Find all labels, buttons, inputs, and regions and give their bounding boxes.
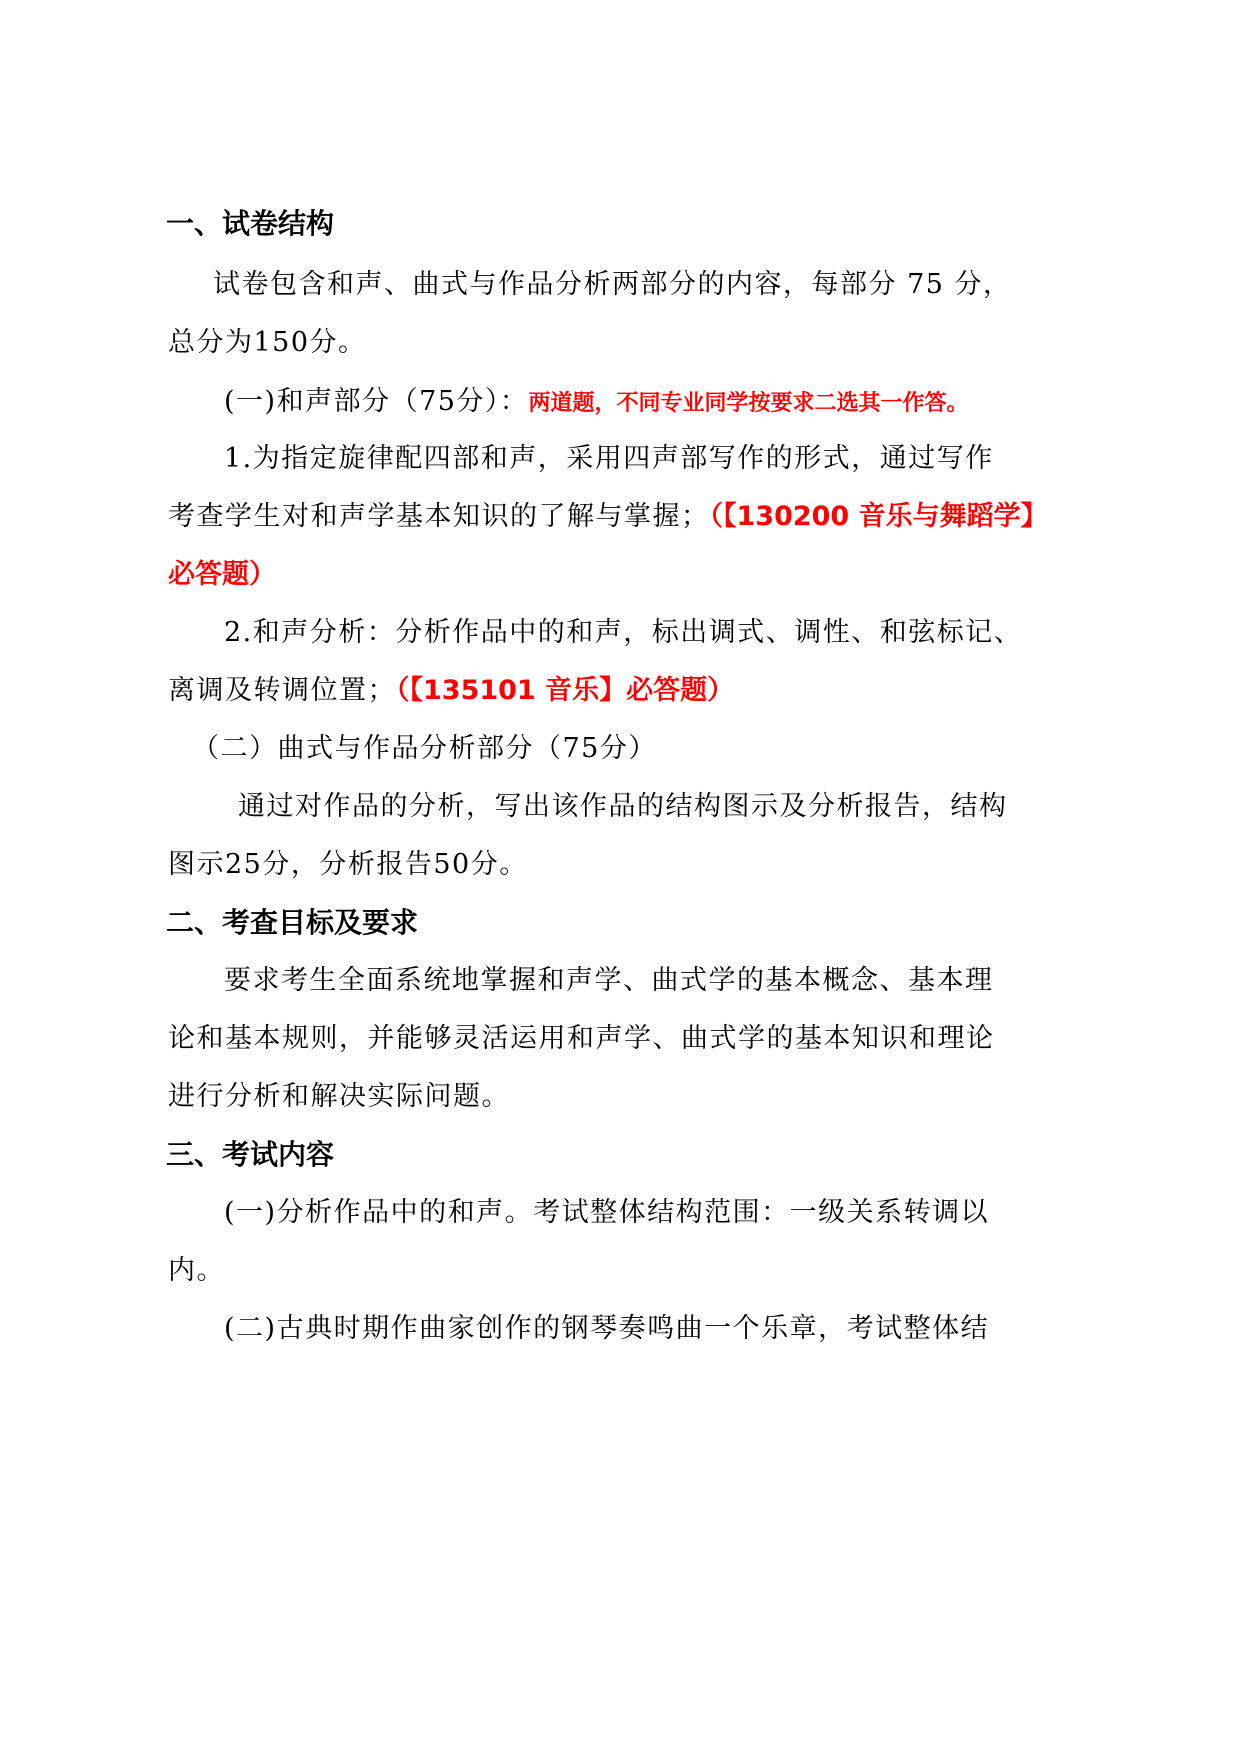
paragraph-line: 通过对作品的分析，写出该作品的结构图示及分析报告，结构 [238, 790, 1158, 824]
required-question-note: 必答题） [168, 559, 276, 590]
paragraph-line: 内。 [168, 1254, 1088, 1288]
paragraph-line: 试卷包含和声、曲式与作品分析两部分的内容，每部分 75 分， [213, 268, 1133, 302]
paragraph-line: 总分为150分。 [168, 326, 1088, 360]
paragraph-line: 要求考生全面系统地掌握和声学、曲式学的基本概念、基本理 [224, 964, 1144, 998]
paragraph-line: (二)古典时期作曲家创作的钢琴奏鸣曲一个乐章，考试整体结 [224, 1312, 1144, 1346]
paragraph-text: 考查学生对和声学基本知识的了解与掌握； [168, 501, 710, 532]
paragraph-line: 进行分析和解决实际问题。 [168, 1080, 1088, 1114]
paragraph-line: 图示25分，分析报告50分。 [168, 848, 1088, 882]
paragraph-line: 2.和声分析：分析作品中的和声，标出调式、调性、和弦标记、 [224, 616, 1144, 650]
section-heading-structure: 一、试卷结构 [166, 207, 1086, 241]
section-heading-objectives: 二、考查目标及要求 [166, 906, 1086, 940]
harmony-part-line: (一)和声部分（75分）：两道题，不同专业同学按要求二选其一作答。 [224, 385, 1144, 421]
harmony-part-label: (一)和声部分（75分）： [224, 386, 528, 417]
major-requirement-note: （【130200 音乐与舞蹈学】 [710, 501, 1048, 532]
paragraph-line: （二）曲式与作品分析部分（75分） [192, 732, 1112, 766]
harmony-part-note: 两道题，不同专业同学按要求二选其一作答。 [528, 391, 968, 416]
paragraph-text: 离调及转调位置； [168, 675, 396, 706]
document-page: 一、试卷结构 试卷包含和声、曲式与作品分析两部分的内容，每部分 75 分， 总分… [0, 0, 1240, 1754]
paragraph-line: 离调及转调位置；（【135101 音乐】必答题） [168, 674, 1088, 708]
paragraph-line: 考查学生对和声学基本知识的了解与掌握；（【130200 音乐与舞蹈学】 [168, 500, 1088, 534]
paragraph-line: 必答题） [168, 558, 1088, 592]
paragraph-line: 1.为指定旋律配四部和声，采用四声部写作的形式，通过写作 [224, 442, 1144, 476]
major-requirement-note: （【135101 音乐】必答题） [396, 675, 734, 706]
section-heading-content: 三、考试内容 [166, 1138, 1086, 1172]
paragraph-line: (一)分析作品中的和声。考试整体结构范围：一级关系转调以 [224, 1196, 1144, 1230]
paragraph-line: 论和基本规则，并能够灵活运用和声学、曲式学的基本知识和理论 [168, 1022, 1088, 1056]
